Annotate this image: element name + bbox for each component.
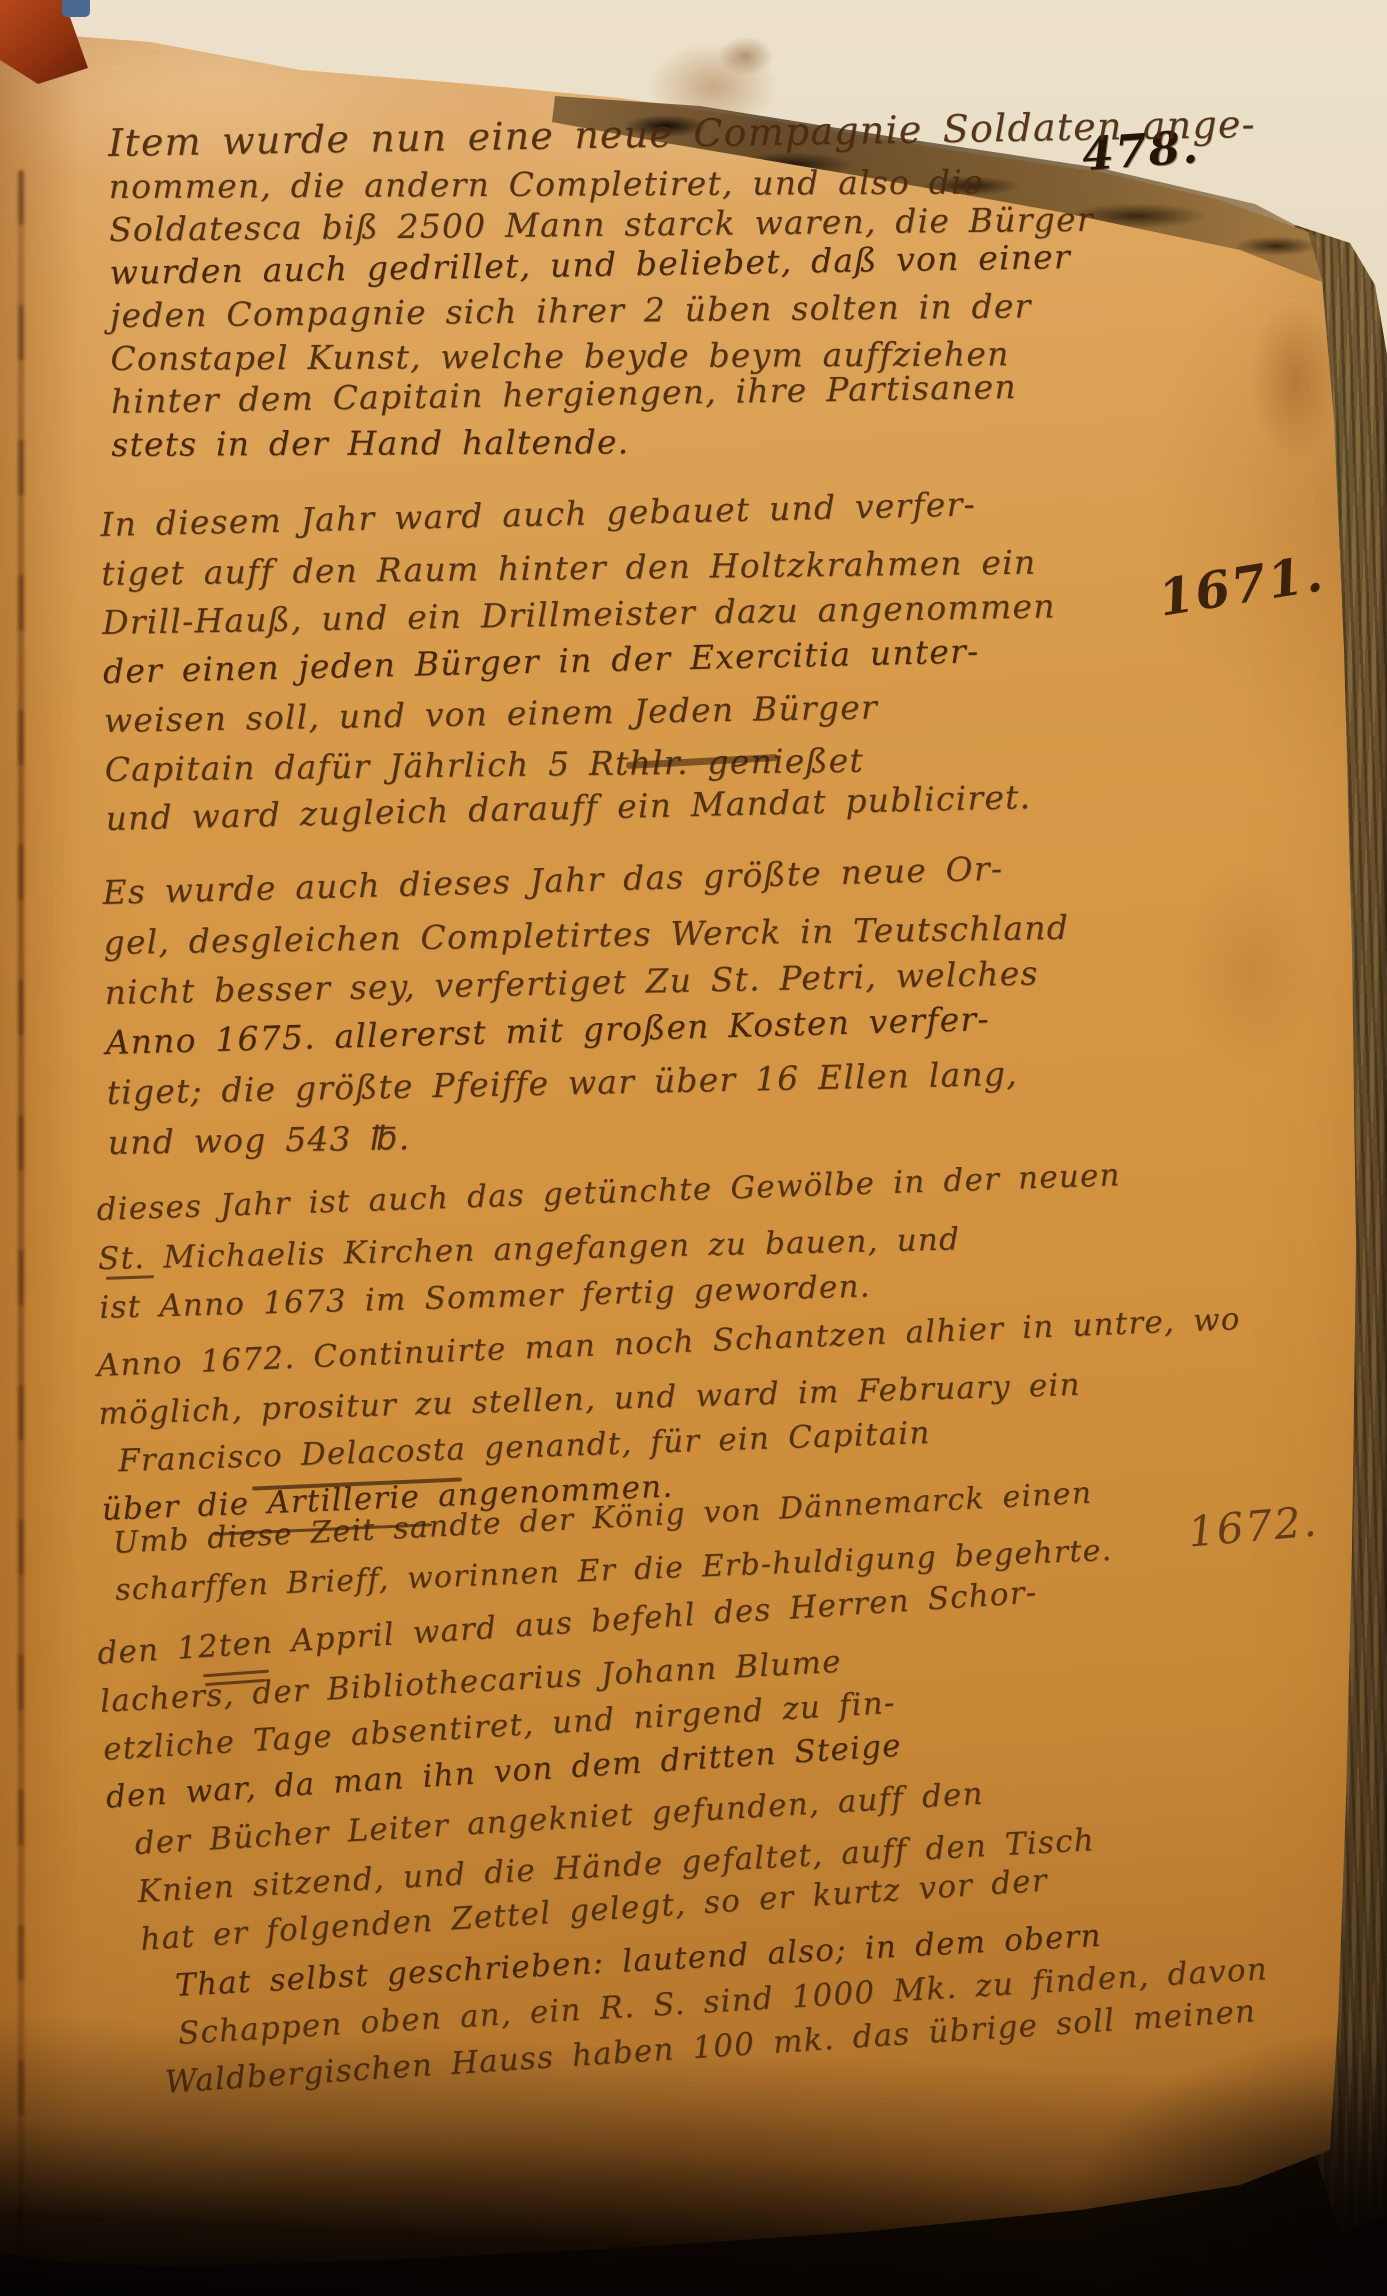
paragraph-drill-house-1671: In diesem Jahr ward auch gebauet und ver… xyxy=(100,483,1059,843)
paragraph-new-company: Item wurde nun eine neue Compagnie Solda… xyxy=(108,110,1259,466)
handwritten-line: nommen, die andern Completiret, und also… xyxy=(109,159,1257,208)
page-crease xyxy=(18,170,24,2250)
binding-corner-blue xyxy=(62,0,90,17)
handwritten-line: stets in der Hand haltende. xyxy=(111,417,1259,466)
paragraph-organ-st-petri: Es wurde auch dieses Jahr das größte neu… xyxy=(102,848,1074,1168)
manuscript-photo: 478. 1671. 1672. Item wurde nun eine neu… xyxy=(0,0,1387,2296)
paragraph-librarian-blume: den 12ten Appril ward aus befehl des Her… xyxy=(96,1562,1272,2109)
paper-stain xyxy=(718,36,774,76)
